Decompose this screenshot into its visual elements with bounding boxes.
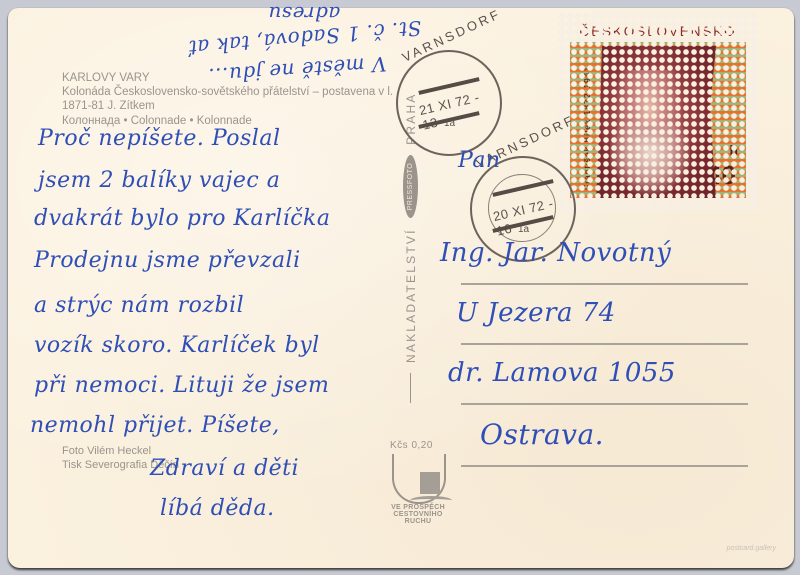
message-upside-down-1: adresu [268, 2, 340, 26]
stamp-unit: h [729, 142, 738, 158]
message-line-1: Proč nepíšete. Poslal [38, 126, 280, 151]
divider-rule [410, 373, 411, 403]
charity-mark: Kčs 0,20 VE PROSPĚCH CESTOVNÍHO RUCHU [380, 440, 456, 520]
message-line-4: Prodejnu jsme převzali [34, 248, 301, 273]
address-rule-3 [461, 403, 748, 405]
stamp-design: ČESKOSLOVENSKO František Bílek 1872-1941… [570, 20, 746, 198]
message-upside-down-3: V městě ne jdu... [207, 52, 387, 88]
message-line-7: při nemoci. Lituji že jsem [34, 373, 329, 398]
address-line-5: Ostrava. [480, 418, 604, 451]
caption-title: KARLOVY VARY [62, 71, 150, 85]
stamp-value: 40 [707, 162, 736, 188]
message-line-9: Zdraví a děti [150, 456, 299, 481]
castle-shield-icon [392, 454, 446, 504]
message-line-10: líbá děda. [160, 496, 275, 521]
message-line-8: nemohl přijet. Píšete, [30, 413, 280, 438]
message-line-2: jsem 2 balíky vajec a [38, 168, 280, 193]
address-rule-4 [461, 465, 748, 467]
postmark-code: 1a [444, 118, 455, 129]
castle-icon [420, 472, 440, 494]
caption-line-2: 1871-81 J. Zítkem [62, 99, 155, 113]
address-line-3: U Jezera 74 [456, 298, 616, 328]
message-line-6: vozík skoro. Karlíček byl [34, 333, 320, 358]
portrait-beard [610, 125, 690, 195]
message-line-5: a strýc nám rozbil [34, 293, 244, 318]
address-line-2: Ing. Jar. Novotný [440, 238, 671, 268]
postage-stamp: ČESKOSLOVENSKO František Bílek 1872-1941… [558, 12, 758, 212]
message-line-3: dvakrát bylo pro Karlíčka [34, 206, 330, 231]
address-line-4: dr. Lamova 1055 [448, 358, 676, 388]
address-rule-1 [461, 283, 748, 285]
charity-price: Kčs 0,20 [390, 440, 433, 451]
postmark-1: VARNSDORF 21 XI 72 - 13 1a [396, 50, 502, 156]
photo-credit: Foto Vilém Heckel [62, 444, 151, 458]
caption-line-1: Kolonáda Československo-sovětského přáte… [62, 85, 393, 99]
postmark-code: 1a [518, 224, 529, 235]
postcard-back: KARLOVY VARY Kolonáda Československo-sov… [8, 8, 794, 568]
address-rule-2 [461, 343, 748, 345]
stamp-subject: František Bílek 1872-1941 [582, 66, 592, 190]
pressfoto-logo: PRESSFOTO [403, 155, 418, 219]
address-line-1: Pan [458, 148, 501, 173]
watermark: postcard.gallery [727, 545, 776, 552]
publisher-label: NAKLADATELSTVÍ [404, 228, 418, 363]
stamp-country: ČESKOSLOVENSKO [570, 20, 746, 42]
charity-motto: VE PROSPĚCH CESTOVNÍHO RUCHU [380, 504, 456, 525]
